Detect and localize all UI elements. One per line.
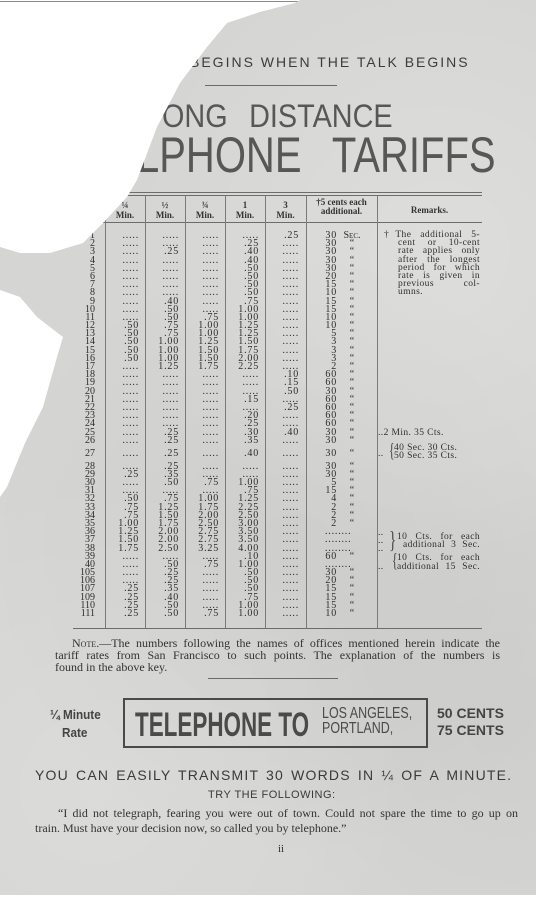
remark-row-27: 40 Sec. 30 Cts. 50 Sec. 35 Cts. xyxy=(394,445,457,460)
remark-row-25: ..2 Min. 35 Cts. xyxy=(378,429,444,437)
header-label: ½ xyxy=(145,200,185,210)
cell-additional-unit: “ xyxy=(340,437,364,445)
fraction: ¼ xyxy=(50,707,60,722)
header-three-min: 3 Min. xyxy=(265,200,306,220)
table-row: 107 .25 .35 ..... .50 ..... 15 “ xyxy=(0,585,482,593)
cell-one-min: .35 xyxy=(225,437,259,445)
cell-three-min: ..... xyxy=(265,610,299,618)
header-label: ¾ xyxy=(185,200,225,210)
header-three-quarter-min: ¾ Min. xyxy=(185,200,225,220)
remark-line: additional 15 Sec. xyxy=(397,563,480,572)
header-label: 3 xyxy=(265,200,306,210)
title-line-2: LPHONE TARIFFS xyxy=(137,130,496,180)
header-additional: †5 cents each additional. xyxy=(306,198,377,216)
cell-one-min: .40 xyxy=(225,450,259,458)
table-row: 20 ..... ..... ..... ..... .50 30 “ xyxy=(0,388,482,396)
try-heading: TRY THE FOLLOWING: xyxy=(208,789,336,801)
table-row: 111 .25 .50 .75 1.00 ..... 10 “ xyxy=(0,610,482,618)
header-label: Min. xyxy=(225,210,265,220)
table-row: 18 ..... ..... ..... ..... .10 60 “ xyxy=(0,371,482,379)
cell-three-quarter-min: .75 xyxy=(185,610,219,618)
price-portland: 75 CENTS xyxy=(437,722,504,739)
rate-label: Rate xyxy=(62,725,87,741)
cell-quarter-min: .25 xyxy=(105,610,139,618)
header-label: 1 xyxy=(225,200,265,210)
table-top-rule-2 xyxy=(103,195,482,196)
section-rule xyxy=(208,678,338,679)
header-half-min: ½ Min. xyxy=(145,200,185,220)
tagline-rule xyxy=(205,85,337,86)
leader-dots: .. xyxy=(378,563,384,571)
leader-dots: .. xyxy=(378,450,384,458)
price-los-angeles: 50 CENTS xyxy=(437,705,504,722)
table-top-rule xyxy=(103,192,482,193)
quote-line-2: train. Must have your decision now, so c… xyxy=(35,821,346,835)
rate-key-number: 26 xyxy=(64,437,95,445)
header-label: ¼ xyxy=(105,200,145,210)
cell-half-min: .50 xyxy=(145,610,179,618)
table-row: 23 ..... ..... ..... .20 ..... 60 “ xyxy=(0,412,482,420)
cell-three-quarter-min: ..... xyxy=(185,437,219,445)
cell-three-min: ..... xyxy=(265,450,299,458)
cell-quarter-min: ..... xyxy=(105,450,139,458)
header-label: Remarks. xyxy=(377,205,482,215)
footnote-line: umns. xyxy=(384,288,480,296)
scan-edge-line xyxy=(0,1,300,2)
cell-half-min: .25 xyxy=(145,450,179,458)
cell-additional-seconds: 10 xyxy=(304,610,337,618)
header-label: Min. xyxy=(145,210,185,220)
cell-quarter-min: ..... xyxy=(105,437,139,445)
header-label: Min. xyxy=(265,210,306,220)
minute-word: Minute xyxy=(63,707,101,722)
remark-line: 50 Sec. 35 Cts. xyxy=(394,453,457,461)
table-row: 106 ..... .25 ..... .50 ..... 20 “ xyxy=(0,577,482,585)
footnote-remark: †The additional 5- cent or 10-cent rate … xyxy=(384,231,480,297)
header-remarks: Remarks. xyxy=(377,205,482,215)
city-los-angeles: LOS ANGELES, xyxy=(322,706,412,721)
table-row: 30 ..... .50 .75 1.00 ..... 5 “ xyxy=(0,479,482,487)
cell-additional-seconds: 30 xyxy=(304,437,337,445)
table-header-rule xyxy=(103,222,482,223)
table-row: 21 ..... ..... ..... .15 ..... 60 “ xyxy=(0,396,482,404)
table-row: 19 ..... ..... ..... ..... .15 60 “ xyxy=(0,379,482,387)
cell-half-min: .25 xyxy=(145,437,179,445)
tagline: BEGINS WHEN THE TALK BEGINS xyxy=(190,53,470,71)
header-label: Min. xyxy=(185,210,225,220)
remark-text: 2 Min. 35 Cts. xyxy=(384,428,444,438)
cell-additional-unit: “ xyxy=(340,610,364,618)
note-line-3: found in the above key. xyxy=(55,661,167,673)
remark-rows-39-40: 10 Cts. for each additional 15 Sec. xyxy=(397,554,480,571)
rate-key-number: 111 xyxy=(64,610,95,618)
table-row: 17 ..... 1.25 1.75 2.25 ..... 2 “ xyxy=(0,363,482,371)
header-one-min: 1 Min. xyxy=(225,200,265,220)
cell-additional-seconds: 30 xyxy=(304,450,337,458)
telephone-to-text: TELEPHONE TO xyxy=(135,708,309,742)
quote-line-1: “I did not telegraph, fearing you were o… xyxy=(58,806,518,820)
rate-key-number: 27 xyxy=(64,450,95,458)
table-row: 28 ..... .25 ..... ..... ..... 30 “ xyxy=(0,463,482,471)
leader-dots: .. xyxy=(378,545,384,553)
header-label: Min. xyxy=(105,210,145,220)
torn-page: BEGINS WHEN THE TALK BEGINS ONG DISTANCE… xyxy=(0,0,536,896)
quarter-minute-label: ¼ Minute xyxy=(50,707,101,723)
transmit-headline: YOU CAN EASILY TRANSMIT 30 WORDS IN ¼ OF… xyxy=(35,767,512,783)
cell-three-min: ..... xyxy=(265,437,299,445)
remark-line: additional 3 Sec. xyxy=(397,541,480,549)
city-portland: PORTLAND, xyxy=(322,721,393,736)
cell-three-quarter-min: ..... xyxy=(185,450,219,458)
header-label: additional. xyxy=(306,207,377,216)
remark-rows-36-38: 10 Cts. for each additional 3 Sec. xyxy=(397,533,480,549)
table-bottom-rule xyxy=(73,628,482,629)
cell-additional-unit: “ xyxy=(340,450,364,458)
table-row: 22 ..... ..... ..... ..... .25 60 “ xyxy=(0,404,482,412)
header-quarter-min: ¼ Min. xyxy=(105,200,145,220)
cell-one-min: 1.00 xyxy=(225,610,259,618)
page-number: ii xyxy=(278,843,284,855)
